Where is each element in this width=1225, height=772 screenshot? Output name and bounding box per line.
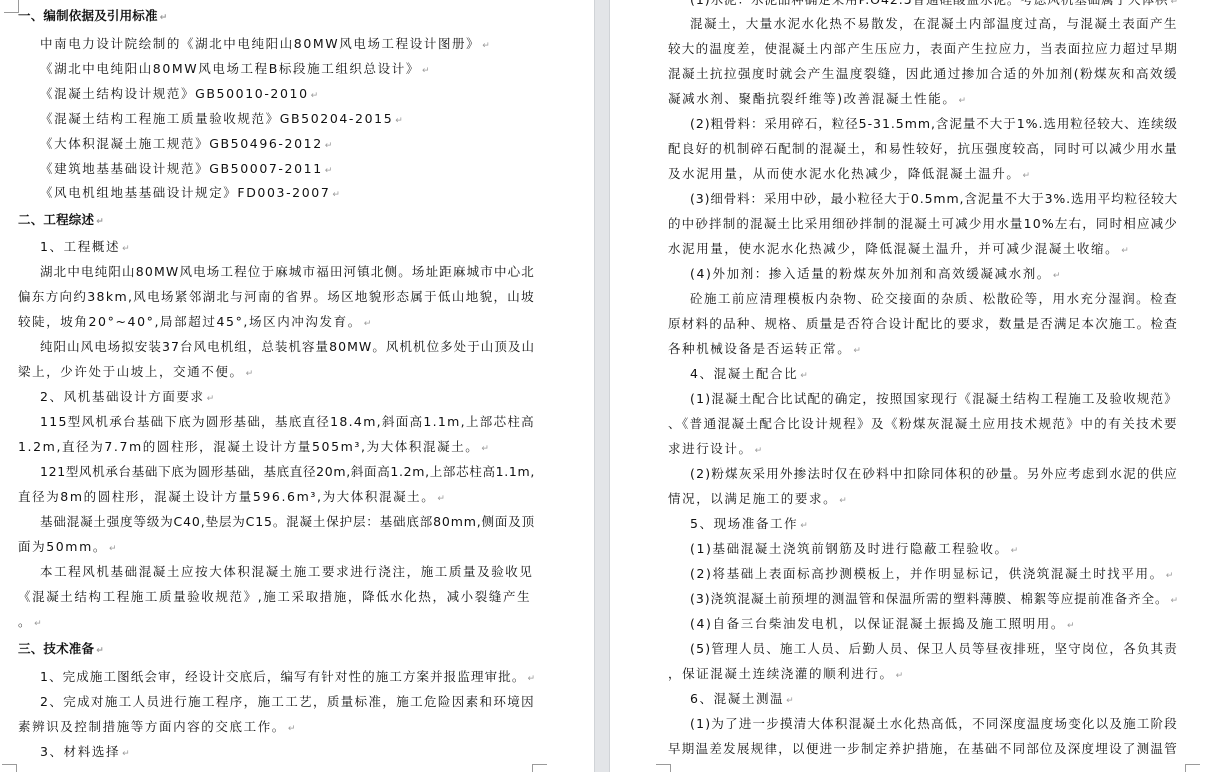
paragraph-mark-icon: ↵ xyxy=(482,41,490,51)
paragraph-line[interactable]: 砼施工前应清理模板内杂物、砼交接面的杂质、松散砼等，用水充分湿润。检查 xyxy=(690,290,1178,308)
line-text: 求进行设计。 xyxy=(668,441,753,456)
paragraph-mark-icon: ↵ xyxy=(422,66,430,76)
paragraph-line[interactable]: 凝减水剂、聚酯抗裂纤维等)改善混凝土性能。↵ xyxy=(668,90,966,110)
line-text: 1.2m,直径为7.7m的圆柱形，混凝土设计方量505m³,为大体积混凝土。 xyxy=(18,439,479,454)
line-text: (1)为了进一步摸清大体积混凝土水化热高低，不同深度温度场变化以及施工阶段 xyxy=(690,716,1178,731)
paragraph-mark-icon: ↵ xyxy=(122,749,130,759)
line-text: 较大的温度差，使混凝土内部产生压应力，表面产生拉应力，当表面拉应力超过早期 xyxy=(668,41,1178,56)
paragraph-line[interactable]: 的中砂拌制的混凝土比采用细砂拌制的混凝土可减少用水量10%左右，同时相应减少 xyxy=(668,215,1178,233)
line-text: 素辨识及控制措施等方面内容的交底工作。 xyxy=(18,719,286,734)
crop-mark-right-bottom-right xyxy=(1185,764,1200,772)
line-text: 4、混凝土配合比 xyxy=(690,366,798,381)
line-text: 三、技术准备 xyxy=(18,641,94,656)
paragraph-line[interactable]: 较陡，坡角20°~40°,局部超过45°,场区内冲沟发育。↵ xyxy=(18,313,371,333)
line-text: 情况，以满足施工的要求。 xyxy=(668,491,837,506)
paragraph-line[interactable]: 早期温差发展规律，以便进一步制定养护措施，在基础不同部位及深度埋设了测温管 xyxy=(668,740,1178,758)
paragraph-line[interactable]: 2、完成对施工人员进行施工程序，施工工艺，质量标准，施工危险因素和环境因 xyxy=(40,693,535,711)
paragraph-line[interactable]: 基础混凝土强度等级为C40,垫层为C15。混凝土保护层：基础底部80mm,侧面及… xyxy=(40,513,535,531)
section-heading[interactable]: 一、编制依据及引用标准↵ xyxy=(18,7,167,27)
paragraph-mark-icon: ↵ xyxy=(160,13,168,23)
paragraph-mark-icon: ↵ xyxy=(1166,571,1174,581)
line-text: 。 xyxy=(18,614,32,629)
line-text: 基础混凝土强度等级为C40,垫层为C15。混凝土保护层：基础底部80mm,侧面及… xyxy=(40,514,535,529)
line-text: 二、工程综述 xyxy=(18,212,94,227)
line-text: (4)外加剂：掺入适量的粉煤灰外加剂和高效缓凝减水剂。 xyxy=(690,266,1051,281)
crop-mark-right-bottom-left xyxy=(656,764,671,772)
paragraph-line[interactable]: 各种机械设备是否运转正常。↵ xyxy=(668,340,861,360)
line-text: 《混凝土结构工程施工质量验收规范》,施工采取措施，降低水化热，减小裂缝产生 xyxy=(18,589,531,604)
line-text: 《混凝土结构工程施工质量验收规范》GB50204-2015 xyxy=(40,111,393,126)
paragraph-line[interactable]: (1)混凝土配合比试配的确定，按照国家现行《混凝土结构工程施工及验收规范》 xyxy=(690,390,1178,408)
paragraph-line[interactable]: 1、工程概述↵ xyxy=(40,238,130,258)
paragraph-line[interactable]: 偏东方向约38km,风电场紧邻湖北与河南的省界。场区地貌形态属于低山地貌，山坡 xyxy=(18,288,535,306)
paragraph-line[interactable]: 本工程风机基础混凝土应按大体积混凝土施工要求进行浇注，施工质量及验收见 xyxy=(40,563,534,581)
paragraph-line[interactable]: (1)基础混凝土浇筑前钢筋及时进行隐蔽工程验收。↵ xyxy=(690,540,1018,560)
paragraph-line[interactable]: (3)浇筑混凝土前预埋的测温管和保温所需的塑料薄膜、棉絮等应提前准备齐全。↵ xyxy=(690,590,1178,610)
paragraph-mark-icon: ↵ xyxy=(437,494,445,504)
line-text: ，保证混凝土连续浇灌的顺利进行。 xyxy=(668,666,894,681)
paragraph-line[interactable]: 《建筑地基基础设计规范》GB50007-2011↵ xyxy=(40,160,332,180)
line-text: 中南电力设计院绘制的《湖北中电纯阳山80MW风电场工程设计图册》 xyxy=(40,36,480,51)
crop-mark-left-bottom-left xyxy=(2,764,17,772)
paragraph-line[interactable]: 1、完成施工图纸会审，经设计交底后，编写有针对性的施工方案并报监理审批。↵ xyxy=(40,668,535,688)
paragraph-line[interactable]: (4)外加剂：掺入适量的粉煤灰外加剂和高效缓凝减水剂。↵ xyxy=(690,265,1060,285)
paragraph-line[interactable]: (1)为了进一步摸清大体积混凝土水化热高低，不同深度温度场变化以及施工阶段 xyxy=(690,715,1178,733)
paragraph-mark-icon: ↵ xyxy=(1170,0,1178,7)
line-text: (1)混凝土配合比试配的确定，按照国家现行《混凝土结构工程施工及验收规范》 xyxy=(690,391,1178,406)
paragraph-mark-icon: ↵ xyxy=(332,190,340,200)
page-gap xyxy=(594,0,610,772)
line-text: 《大体积混凝土施工规范》GB50496-2012 xyxy=(40,136,323,151)
paragraph-mark-icon: ↵ xyxy=(527,674,535,684)
paragraph-mark-icon: ↵ xyxy=(896,671,904,681)
paragraph-mark-icon: ↵ xyxy=(96,217,104,227)
paragraph-mark-icon: ↵ xyxy=(34,619,42,629)
paragraph-line[interactable]: 混凝土抗拉强度时就会产生温度裂缝，因此通过掺加合适的外加剂(粉煤灰和高效缓 xyxy=(668,65,1178,83)
paragraph-line[interactable]: 2、风机基础设计方面要求↵ xyxy=(40,388,214,408)
paragraph-mark-icon: ↵ xyxy=(325,141,333,151)
paragraph-line[interactable]: 梁上，少许处于山坡上，交通不便。↵ xyxy=(18,363,253,383)
paragraph-line[interactable]: 121型风机承台基础下底为圆形基础，基底直径20m,斜面高1.2m,上部芯柱高1… xyxy=(40,463,535,481)
line-text: 1、完成施工图纸会审，经设计交底后，编写有针对性的施工方案并报监理审批。 xyxy=(40,669,525,684)
line-text: 较陡，坡角20°~40°,局部超过45°,场区内冲沟发育。 xyxy=(18,314,362,329)
paragraph-line[interactable]: 3、材料选择↵ xyxy=(40,743,130,763)
line-text: 混凝土抗拉强度时就会产生温度裂缝，因此通过掺加合适的外加剂(粉煤灰和高效缓 xyxy=(668,66,1178,81)
line-text: (1)基础混凝土浇筑前钢筋及时进行隐蔽工程验收。 xyxy=(690,541,1009,556)
paragraph-mark-icon: ↵ xyxy=(1023,171,1031,181)
paragraph-mark-icon: ↵ xyxy=(325,166,333,176)
line-text: 纯阳山风电场拟安装37台风电机组，总装机容量80MW。风机机位多处于山顶及山 xyxy=(40,339,535,354)
paragraph-line[interactable]: 《混凝土结构设计规范》GB50010-2010↵ xyxy=(40,85,318,105)
line-text: 及水泥用量，从而使水泥水化热减少，降低混凝土温升。 xyxy=(668,166,1021,181)
line-text: (2)粉煤灰采用外掺法时仅在砂料中扣除同体积的砂量。另外应考虑到水泥的供应 xyxy=(690,466,1178,481)
paragraph-mark-icon: ↵ xyxy=(1011,546,1019,556)
paragraph-line[interactable]: (3)细骨料：采用中砂，最小粒径大于0.5mm,含泥量不大于3%.选用平均粒径较… xyxy=(690,190,1178,208)
paragraph-mark-icon: ↵ xyxy=(364,319,372,329)
paragraph-line[interactable]: 5、现场准备工作↵ xyxy=(690,515,808,535)
line-text: 各种机械设备是否运转正常。 xyxy=(668,341,851,356)
line-text: 1、工程概述 xyxy=(40,239,120,254)
paragraph-line[interactable]: 及水泥用量，从而使水泥水化热减少，降低混凝土温升。↵ xyxy=(668,165,1030,185)
section-heading[interactable]: 二、工程综述↵ xyxy=(18,211,104,231)
paragraph-mark-icon: ↵ xyxy=(207,394,215,404)
crop-mark-left-top xyxy=(4,0,19,13)
paragraph-line[interactable]: 中南电力设计院绘制的《湖北中电纯阳山80MW风电场工程设计图册》↵ xyxy=(40,35,490,55)
paragraph-line[interactable]: 情况，以满足施工的要求。↵ xyxy=(668,490,847,510)
line-text: 《混凝土结构设计规范》GB50010-2010 xyxy=(40,86,309,101)
line-text: 2、完成对施工人员进行施工程序，施工工艺，质量标准，施工危险因素和环境因 xyxy=(40,694,535,709)
line-text: 《建筑地基基础设计规范》GB50007-2011 xyxy=(40,161,323,176)
line-text: (3)浇筑混凝土前预埋的测温管和保温所需的塑料薄膜、棉絮等应提前准备齐全。 xyxy=(690,591,1168,606)
paragraph-mark-icon: ↵ xyxy=(1121,246,1129,256)
paragraph-mark-icon: ↵ xyxy=(395,116,403,126)
paragraph-line[interactable]: 水泥用量，使水泥水化热减少，降低混凝土温升，并可减少混凝土收缩。↵ xyxy=(668,240,1129,260)
paragraph-line[interactable]: 6、混凝土测温↵ xyxy=(690,690,794,710)
paragraph-line[interactable]: 混凝土，大量水泥水化热不易散发，在混凝土内部温度过高，与混凝土表面产生 xyxy=(690,15,1178,33)
paragraph-mark-icon: ↵ xyxy=(311,91,319,101)
paragraph-mark-icon: ↵ xyxy=(481,444,489,454)
paragraph-line[interactable]: 《混凝土结构工程施工质量验收规范》,施工采取措施，降低水化热，减小裂缝产生 xyxy=(18,588,531,606)
paragraph-mark-icon: ↵ xyxy=(1053,271,1061,281)
paragraph-mark-icon: ↵ xyxy=(839,496,847,506)
paragraph-line[interactable]: 《湖北中电纯阳山80MW风电场工程B标段施工组织总设计》↵ xyxy=(40,60,429,80)
paragraph-line[interactable]: 直径为8m的圆柱形，混凝土设计方量596.6m³,为大体积混凝土。↵ xyxy=(18,488,445,508)
line-text: 直径为8m的圆柱形，混凝土设计方量596.6m³,为大体积混凝土。 xyxy=(18,489,435,504)
line-text: 115型风机承台基础下底为圆形基础，基底直径18.4m,斜面高1.1m,上部芯柱… xyxy=(40,414,535,429)
line-text: 2、风机基础设计方面要求 xyxy=(40,389,205,404)
line-text: 凝减水剂、聚酯抗裂纤维等)改善混凝土性能。 xyxy=(668,91,956,106)
line-text: 《风电机组地基基础设计规定》FD003-2007 xyxy=(40,185,330,200)
line-text: 5、现场准备工作 xyxy=(690,516,798,531)
line-text: 砼施工前应清理模板内杂物、砼交接面的杂质、松散砼等，用水充分湿润。检查 xyxy=(690,291,1178,306)
paragraph-line[interactable]: 。↵ xyxy=(18,613,42,633)
paragraph-line[interactable]: (2)粉煤灰采用外掺法时仅在砂料中扣除同体积的砂量。另外应考虑到水泥的供应 xyxy=(690,465,1178,483)
line-text: 一、编制依据及引用标准 xyxy=(18,8,158,23)
crop-mark-left-bottom-right xyxy=(532,764,547,772)
paragraph-mark-icon: ↵ xyxy=(96,646,104,656)
paragraph-line[interactable]: 纯阳山风电场拟安装37台风电机组，总装机容量80MW。风机机位多处于山顶及山 xyxy=(40,338,535,356)
paragraph-line[interactable]: 《风电机组地基基础设计规定》FD003-2007↵ xyxy=(40,184,340,204)
line-text: 梁上，少许处于山坡上，交通不便。 xyxy=(18,364,244,379)
paragraph-line[interactable]: 1.2m,直径为7.7m的圆柱形，混凝土设计方量505m³,为大体积混凝土。↵ xyxy=(18,438,489,458)
paragraph-line[interactable]: 素辨识及控制措施等方面内容的交底工作。↵ xyxy=(18,718,295,738)
line-text: 原材料的品种、规格、质量是否符合设计配比的要求，数量是否满足本次施工。检查 xyxy=(668,316,1178,331)
paragraph-mark-icon: ↵ xyxy=(800,371,808,381)
line-text: 的中砂拌制的混凝土比采用细砂拌制的混凝土可减少用水量10%左右，同时相应减少 xyxy=(668,216,1178,231)
paragraph-line[interactable]: (2)粗骨料：采用碎石，粒径5-31.5mm,含泥量不大于1%.选用粒径较大、连… xyxy=(690,115,1178,133)
paragraph-line[interactable]: 面为50mm。↵ xyxy=(18,538,117,558)
line-text: 面为50mm。 xyxy=(18,539,107,554)
paragraph-mark-icon: ↵ xyxy=(800,521,808,531)
paragraph-line[interactable]: 115型风机承台基础下底为圆形基础，基底直径18.4m,斜面高1.1m,上部芯柱… xyxy=(40,413,535,431)
line-text: 湖北中电纯阳山80MW风电场工程位于麻城市福田河镇北侧。场址距麻城市中心北 xyxy=(40,264,535,279)
line-text: 水泥用量，使水泥水化热减少，降低混凝土温升，并可减少混凝土收缩。 xyxy=(668,241,1119,256)
line-text: 、《普通混凝土配合比设计规程》及《粉煤灰混凝土应用技术规范》中的有关技术要 xyxy=(668,416,1178,431)
line-text: (5)管理人员、施工人员、后勤人员、保卫人员等昼夜排班，坚守岗位，各负其责 xyxy=(690,641,1178,656)
paragraph-line[interactable]: 配良好的机制碎石配制的混凝土，和易性较好，抗压强度较高，同时可以减少用水量 xyxy=(668,140,1178,158)
line-text: 《湖北中电纯阳山80MW风电场工程B标段施工组织总设计》 xyxy=(40,61,420,76)
paragraph-line[interactable]: 《混凝土结构工程施工质量验收规范》GB50204-2015↵ xyxy=(40,110,403,130)
line-text: 偏东方向约38km,风电场紧邻湖北与河南的省界。场区地貌形态属于低山地貌，山坡 xyxy=(18,289,535,304)
line-text: 6、混凝土测温 xyxy=(690,691,784,706)
line-text: (4)自备三台柴油发电机，以保证混凝土振捣及施工照明用。 xyxy=(690,616,1065,631)
line-text: 3、材料选择 xyxy=(40,744,120,759)
paragraph-line[interactable]: (1)水泥：水泥品种确定采用P.O42.5普通硅酸盐水泥。考虑风机基础属于大体积… xyxy=(690,0,1178,11)
line-text: (2)将基础上表面标高抄测模板上，并作明显标记，供浇筑混凝土时找平用。 xyxy=(690,566,1164,581)
paragraph-mark-icon: ↵ xyxy=(786,696,794,706)
paragraph-mark-icon: ↵ xyxy=(109,544,117,554)
paragraph-mark-icon: ↵ xyxy=(853,346,861,356)
section-heading[interactable]: 三、技术准备↵ xyxy=(18,640,104,660)
line-text: (2)粗骨料：采用碎石，粒径5-31.5mm,含泥量不大于1%.选用粒径较大、连… xyxy=(690,116,1178,131)
paragraph-mark-icon: ↵ xyxy=(246,369,254,379)
paragraph-line[interactable]: (4)自备三台柴油发电机，以保证混凝土振捣及施工照明用。↵ xyxy=(690,615,1075,635)
paragraph-line[interactable]: 较大的温度差，使混凝土内部产生压应力，表面产生拉应力，当表面拉应力超过早期 xyxy=(668,40,1178,58)
line-text: (3)细骨料：采用中砂，最小粒径大于0.5mm,含泥量不大于3%.选用平均粒径较… xyxy=(690,191,1178,206)
paragraph-mark-icon: ↵ xyxy=(1067,621,1075,631)
paragraph-line[interactable]: 湖北中电纯阳山80MW风电场工程位于麻城市福田河镇北侧。场址距麻城市中心北 xyxy=(40,263,535,281)
paragraph-mark-icon: ↵ xyxy=(1170,596,1178,606)
paragraph-mark-icon: ↵ xyxy=(958,96,966,106)
line-text: 混凝土，大量水泥水化热不易散发，在混凝土内部温度过高，与混凝土表面产生 xyxy=(690,16,1178,31)
paragraph-line[interactable]: (2)将基础上表面标高抄测模板上，并作明显标记，供浇筑混凝土时找平用。↵ xyxy=(690,565,1173,585)
paragraph-line[interactable]: 《大体积混凝土施工规范》GB50496-2012↵ xyxy=(40,135,332,155)
paragraph-mark-icon: ↵ xyxy=(755,446,763,456)
paragraph-line[interactable]: 4、混凝土配合比↵ xyxy=(690,365,808,385)
paragraph-line[interactable]: ，保证混凝土连续浇灌的顺利进行。↵ xyxy=(668,665,903,685)
line-text: (1)水泥：水泥品种确定采用P.O42.5普通硅酸盐水泥。考虑风机基础属于大体积 xyxy=(690,0,1168,7)
paragraph-line[interactable]: 、《普通混凝土配合比设计规程》及《粉煤灰混凝土应用技术规范》中的有关技术要 xyxy=(668,415,1178,433)
paragraph-mark-icon: ↵ xyxy=(288,724,296,734)
paragraph-line[interactable]: 原材料的品种、规格、质量是否符合设计配比的要求，数量是否满足本次施工。检查 xyxy=(668,315,1178,333)
line-text: 配良好的机制碎石配制的混凝土，和易性较好，抗压强度较高，同时可以减少用水量 xyxy=(668,141,1178,156)
line-text: 本工程风机基础混凝土应按大体积混凝土施工要求进行浇注，施工质量及验收见 xyxy=(40,564,534,579)
line-text: 121型风机承台基础下底为圆形基础，基底直径20m,斜面高1.2m,上部芯柱高1… xyxy=(40,464,535,479)
paragraph-line[interactable]: (5)管理人员、施工人员、后勤人员、保卫人员等昼夜排班，坚守岗位，各负其责 xyxy=(690,640,1178,658)
paragraph-line[interactable]: 求进行设计。↵ xyxy=(668,440,762,460)
paragraph-mark-icon: ↵ xyxy=(122,244,130,254)
line-text: 早期温差发展规律，以便进一步制定养护措施，在基础不同部位及深度埋设了测温管 xyxy=(668,741,1178,756)
